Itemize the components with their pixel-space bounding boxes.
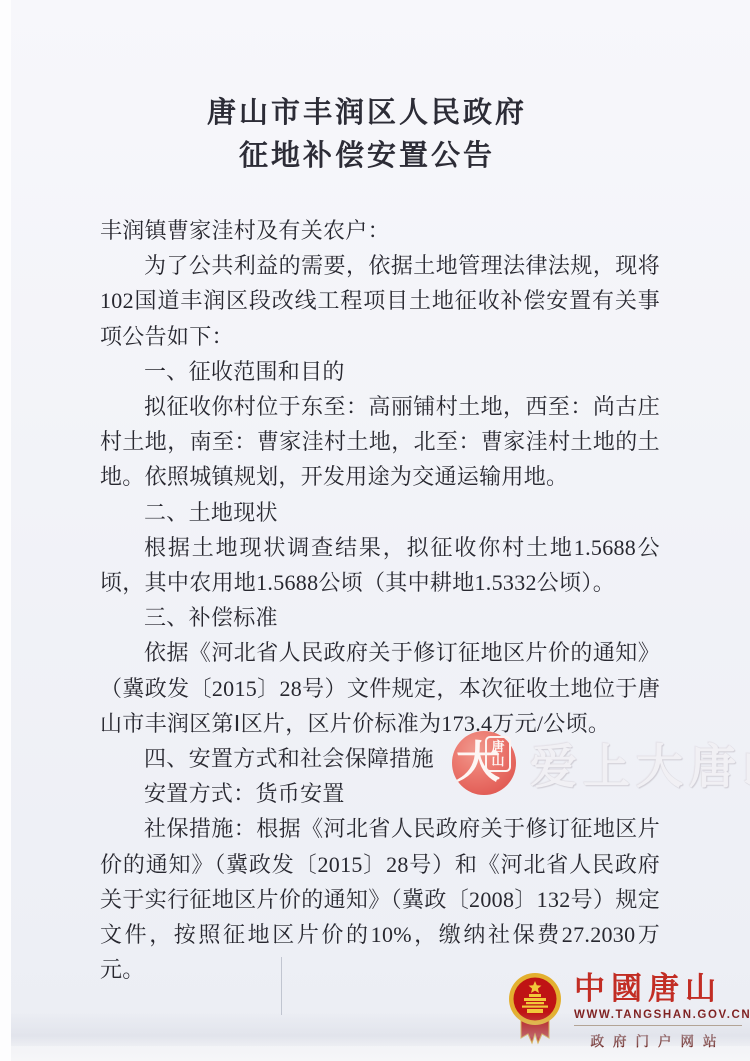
scan-shadow-band	[11, 1012, 750, 1046]
document-body: 丰润镇曹家洼村及有关农户： 为了公共利益的需要，依据土地管理法律法规，现将102…	[100, 213, 660, 987]
paragraph: 安置方式：货币安置	[100, 776, 660, 811]
document-paragraphs: 为了公共利益的需要，依据土地管理法律法规，现将102国道丰润区段改线工程项目土地…	[100, 248, 660, 987]
paragraph: 为了公共利益的需要，依据土地管理法律法规，现将102国道丰润区段改线工程项目土地…	[100, 248, 660, 354]
paragraph: 根据土地现状调查结果，拟征收你村土地1.5688公顷，其中农用地1.5688公顷…	[100, 530, 660, 600]
paragraph: 拟征收你村位于东至：高丽铺村土地，西至：尚古庄村土地，南至：曹家洼村土地，北至：…	[100, 389, 660, 495]
section-heading: 二、土地现状	[100, 495, 660, 530]
salutation: 丰润镇曹家洼村及有关农户：	[100, 213, 660, 248]
document-title-line1: 唐山市丰润区人民政府	[0, 92, 734, 135]
paragraph: 社保措施：根据《河北省人民政府关于修订征地区片价的通知》（冀政发〔2015〕28…	[100, 811, 660, 987]
scan-line-artifact	[281, 957, 282, 1015]
document-title-line2: 征地补偿安置公告	[0, 135, 734, 178]
site-name: 中國唐山	[574, 972, 742, 1006]
document-title: 唐山市丰润区人民政府 征地补偿安置公告	[0, 92, 734, 178]
paragraph: 依据《河北省人民政府关于修订征地区片价的通知》（冀政发〔2015〕28号）文件规…	[100, 635, 660, 741]
section-heading: 四、安置方式和社会保障措施	[100, 741, 660, 776]
section-heading: 三、补偿标准	[100, 600, 660, 635]
section-heading: 一、征收范围和目的	[100, 354, 660, 389]
scanned-document-page: 唐山市丰润区人民政府 征地补偿安置公告 丰润镇曹家洼村及有关农户： 为了公共利益…	[0, 0, 750, 1061]
